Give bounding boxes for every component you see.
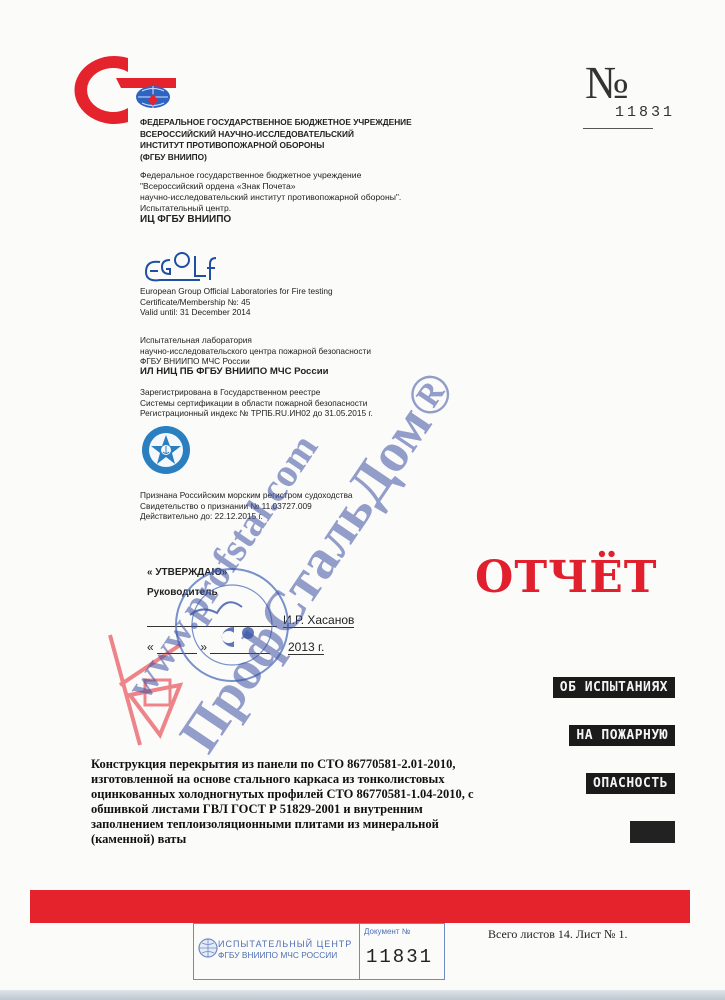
globe-icon	[198, 938, 218, 958]
document-number: 11831	[615, 104, 675, 121]
registry-info: Зарегистрирована в Государственном реест…	[140, 387, 373, 419]
number-underline	[583, 128, 653, 129]
organization-description: Федеральное государственное бюджетное уч…	[140, 170, 401, 225]
organization-header: ФЕДЕРАЛЬНОЕ ГОСУДАРСТВЕННОЕ БЮДЖЕТНОЕ УЧ…	[140, 117, 412, 163]
maritime-register-emblem	[141, 425, 191, 475]
report-black-block	[630, 821, 675, 843]
report-subtitle-3: ОПАСНОСТЬ	[586, 773, 675, 794]
scan-bottom-edge	[0, 990, 725, 1000]
document-label: Документ №	[364, 927, 410, 936]
report-subtitle-1: ОБ ИСПЫТАНИЯХ	[553, 677, 675, 698]
egolf-info: European Group Official Laboratories for…	[140, 286, 333, 318]
egolf-logo	[140, 250, 230, 286]
number-sign: №	[585, 60, 629, 106]
stamp-center-name: ИСПЫТАТЕЛЬНЫЙ ЦЕНТР ФГБУ ВНИИПО МЧС РОСС…	[194, 924, 360, 979]
report-subtitle-2: НА ПОЖАРНУЮ	[569, 725, 675, 746]
stamp-document-number: 11831	[366, 946, 433, 968]
report-title: ОТЧЁТ	[475, 552, 658, 603]
document-stamp: ИСПЫТАТЕЛЬНЫЙ ЦЕНТР ФГБУ ВНИИПО МЧС РОСС…	[193, 923, 445, 980]
sheet-count: Всего листов 14. Лист № 1.	[488, 927, 628, 942]
red-divider-bar	[30, 890, 690, 923]
test-subject: Конструкция перекрытия из панели по СТО …	[91, 757, 481, 847]
laboratory-info: Испытательная лаборатория научно-исследо…	[140, 335, 371, 377]
